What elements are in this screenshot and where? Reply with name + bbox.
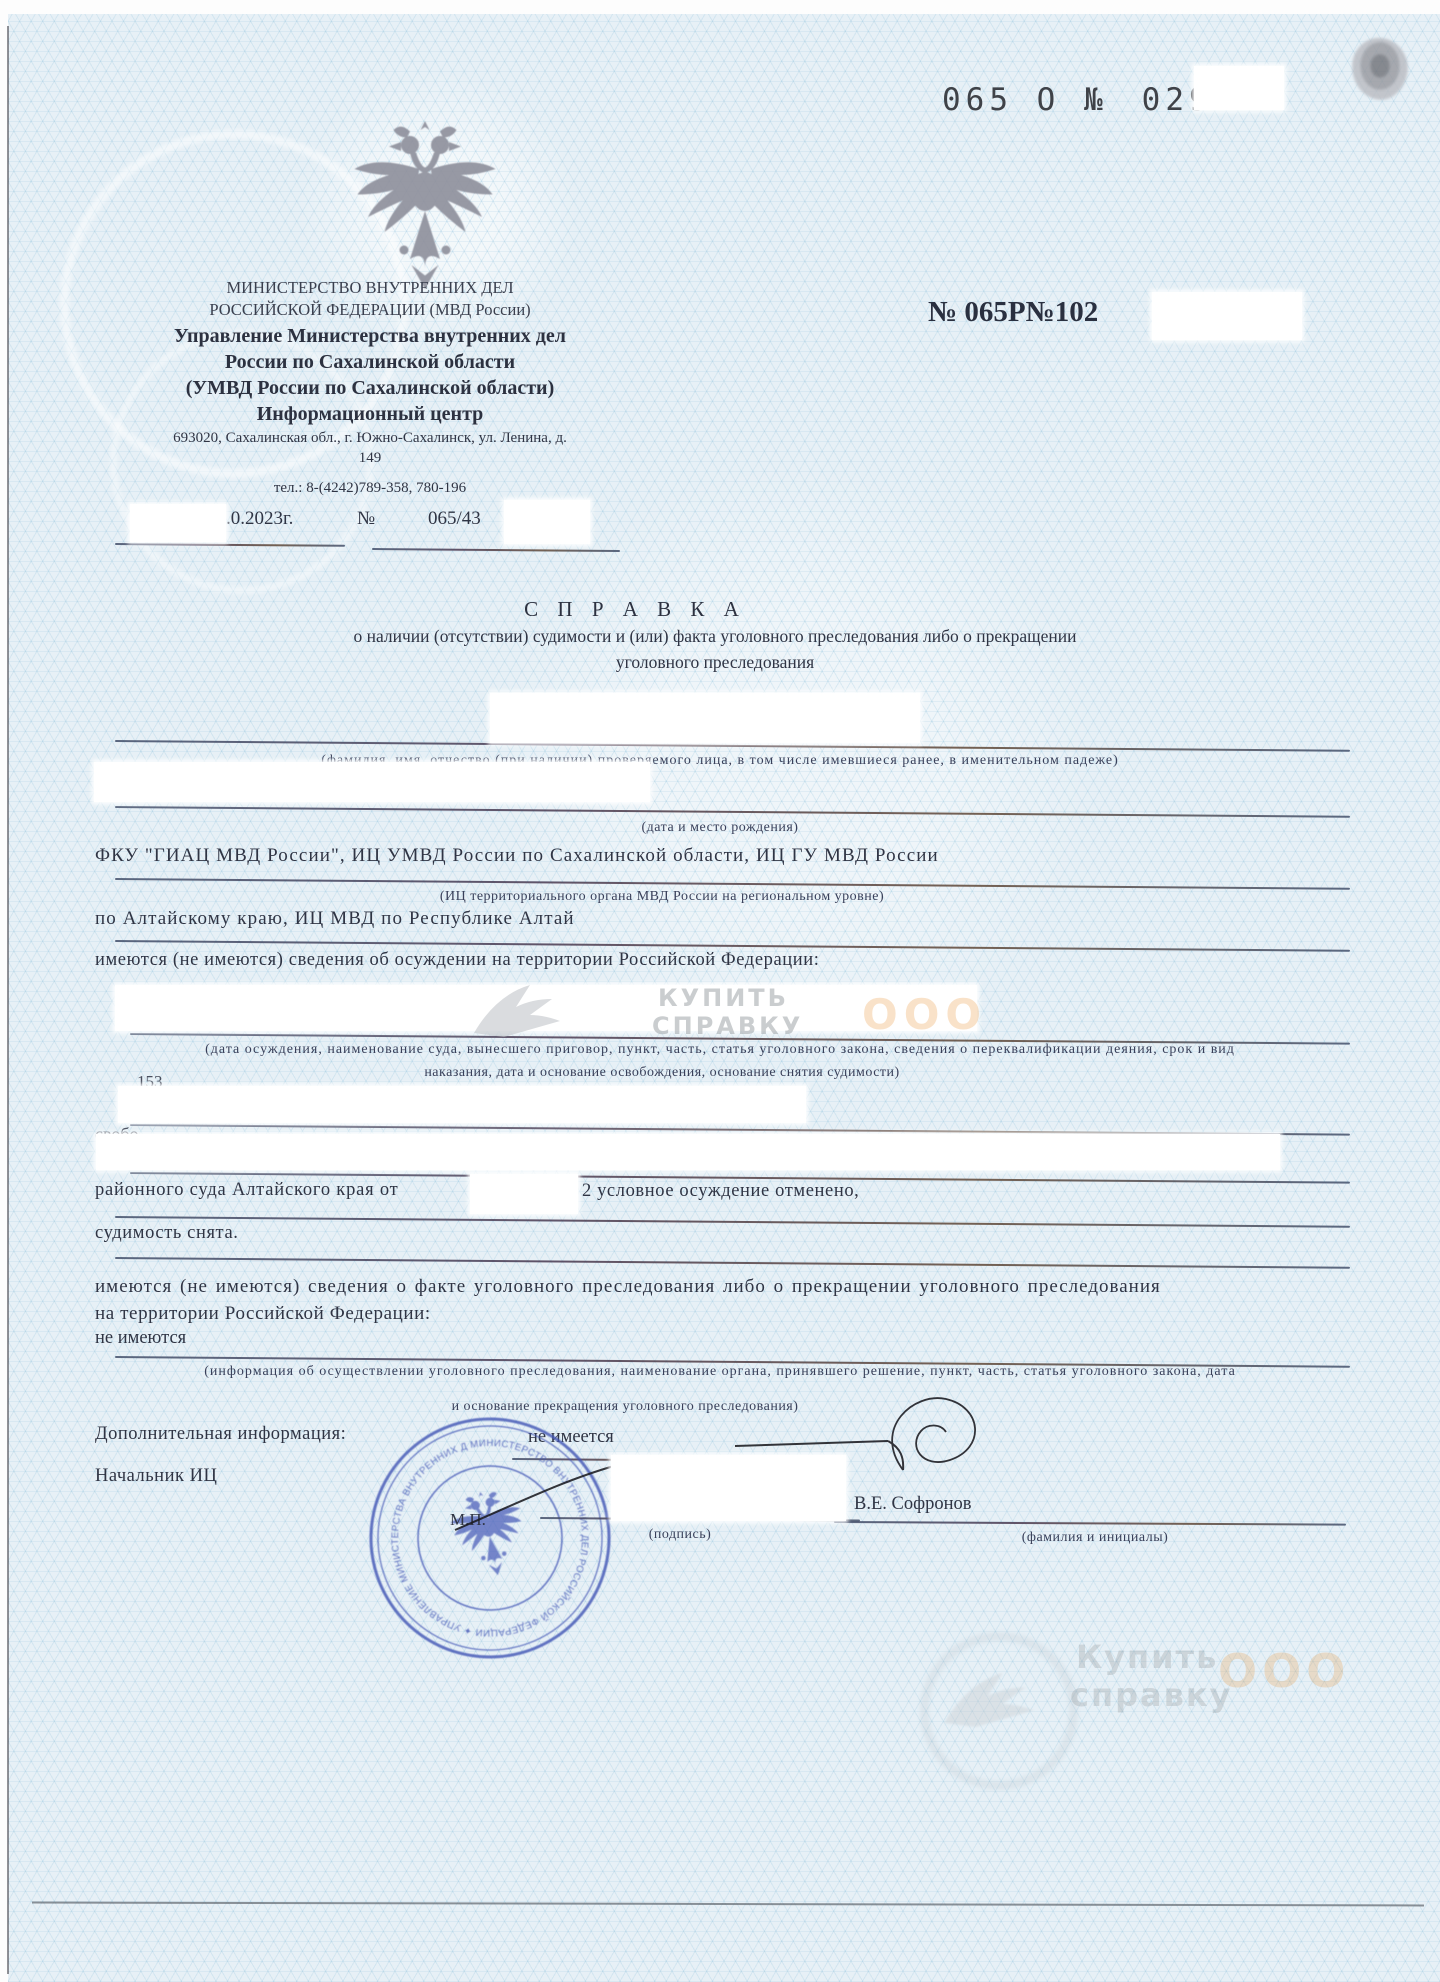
redaction-box-record3 <box>96 1134 1280 1170</box>
header-ministry-line1: МИНИСТЕРСТВО ВНУТРЕННИХ ДЕЛ <box>80 278 660 298</box>
header-address-line1: 693020, Сахалинская обл., г. Южно-Сахали… <box>80 430 660 447</box>
header-ministry-line2: РОССИЙСКОЙ ФЕДЕРАЦИИ (МВД России) <box>80 300 660 320</box>
mvd-eagle-emblem-icon <box>350 116 500 300</box>
scan-left-edge-line <box>7 26 9 1974</box>
watermark-suffix: ООО <box>862 990 987 1039</box>
birth-caption: (дата и место рождения) <box>95 820 1345 836</box>
header-org-line2: России по Сахалинской области <box>80 351 660 374</box>
corner-emblem-stamp-icon <box>1352 38 1408 100</box>
redaction-box-court-date <box>470 1174 578 1214</box>
court-line2: судимость снята. <box>95 1223 239 1244</box>
watermark-wing-ghost-icon <box>938 1668 1042 1732</box>
watermark-text-line2: СПРАВКУ <box>652 1012 803 1040</box>
watermark-bottom-suffix: ООО <box>1218 1644 1350 1698</box>
header-org-line1: Управление Министерства внутренних дел <box>80 325 660 348</box>
redaction-box-ref-number <box>504 500 590 544</box>
header-org-line4: Информационный центр <box>80 403 660 426</box>
signature-caption: (подпись) <box>590 1527 770 1543</box>
redaction-box-doc-number <box>1152 292 1302 340</box>
checked-by-line1: ФКУ "ГИАЦ МВД России", ИЦ УМВД России по… <box>95 845 939 867</box>
redaction-box-name <box>490 693 920 743</box>
redaction-box-signature <box>611 1455 846 1521</box>
watermark-bottom-line2: справку <box>1070 1676 1232 1714</box>
watermark-text-line1: КУПИТЬ <box>658 984 789 1012</box>
checked-by-line2: по Алтайскому краю, ИЦ МВД по Республике… <box>95 908 575 930</box>
document-title: С П Р А В К А <box>0 597 1270 622</box>
scan-top-margin <box>0 0 1440 14</box>
court-line-pre: районного суда Алтайского края от <box>95 1180 399 1201</box>
stamp-eagle-icon <box>445 1485 533 1583</box>
document-subtitle-line2: уголовного преследования <box>90 652 1340 673</box>
signatory-name: В.Е. Софронов <box>854 1494 971 1515</box>
prosecution-caption-line1: (информация об осуществлении уголовного … <box>92 1364 1348 1380</box>
watermark-bottom-line1: Купить <box>1076 1638 1218 1676</box>
scanned-certificate-page: 065 О №029 МИНИСТЕРСТВО ВНУТРЕННИХ ДЕЛ Р… <box>0 0 1440 1982</box>
prosecution-intro-line1: имеются (не имеются) сведения о факте уг… <box>95 1276 1161 1298</box>
serial-prefix: 065 О № <box>942 82 1108 118</box>
ref-number-value: 065/43 <box>428 508 481 530</box>
checked-by-caption: (ИЦ территориального органа МВД России н… <box>37 889 1287 905</box>
additional-info-label: Дополнительная информация: <box>95 1424 346 1445</box>
issue-date-value: .0.2023г. <box>226 508 293 530</box>
prosecution-value: не имеются <box>95 1328 186 1349</box>
stamp-place-label: М.П. <box>450 1510 486 1530</box>
signatory-position: Начальник ИЦ <box>95 1466 217 1487</box>
header-org-line3: (УМВД России по Сахалинской области) <box>80 377 660 400</box>
header-phone: тел.: 8-(4242)789-358, 780-196 <box>80 480 660 497</box>
document-number: № 065Р№102 <box>928 296 1098 329</box>
redaction-box-serial <box>1194 66 1284 110</box>
signatory-name-caption: (фамилия и инициалы) <box>990 1530 1200 1546</box>
prosecution-intro-line2: на территории Российской Федерации: <box>95 1303 431 1325</box>
form-serial-number: 065 О №029 <box>942 82 1213 118</box>
prosecution-caption-line2: и основание прекращения уголовного пресл… <box>0 1399 1250 1415</box>
conviction-caption-line1: (дата осуждения, наименование суда, выне… <box>92 1042 1348 1058</box>
header-address-line2: 149 <box>80 450 660 467</box>
watermark-wing-icon <box>468 980 568 1042</box>
conviction-caption-line2: наказания, дата и основание освобождения… <box>37 1065 1287 1081</box>
document-subtitle-line1: о наличии (отсутствии) судимости и (или)… <box>90 626 1340 647</box>
redaction-box-date <box>130 504 226 542</box>
conviction-intro: имеются (не имеются) сведения об осужден… <box>95 950 820 971</box>
redaction-box-record2 <box>118 1086 806 1123</box>
court-line-post: 2 условное осуждение отменено, <box>582 1181 859 1202</box>
redaction-box-birth <box>94 762 650 802</box>
number-sign: № <box>357 508 375 530</box>
